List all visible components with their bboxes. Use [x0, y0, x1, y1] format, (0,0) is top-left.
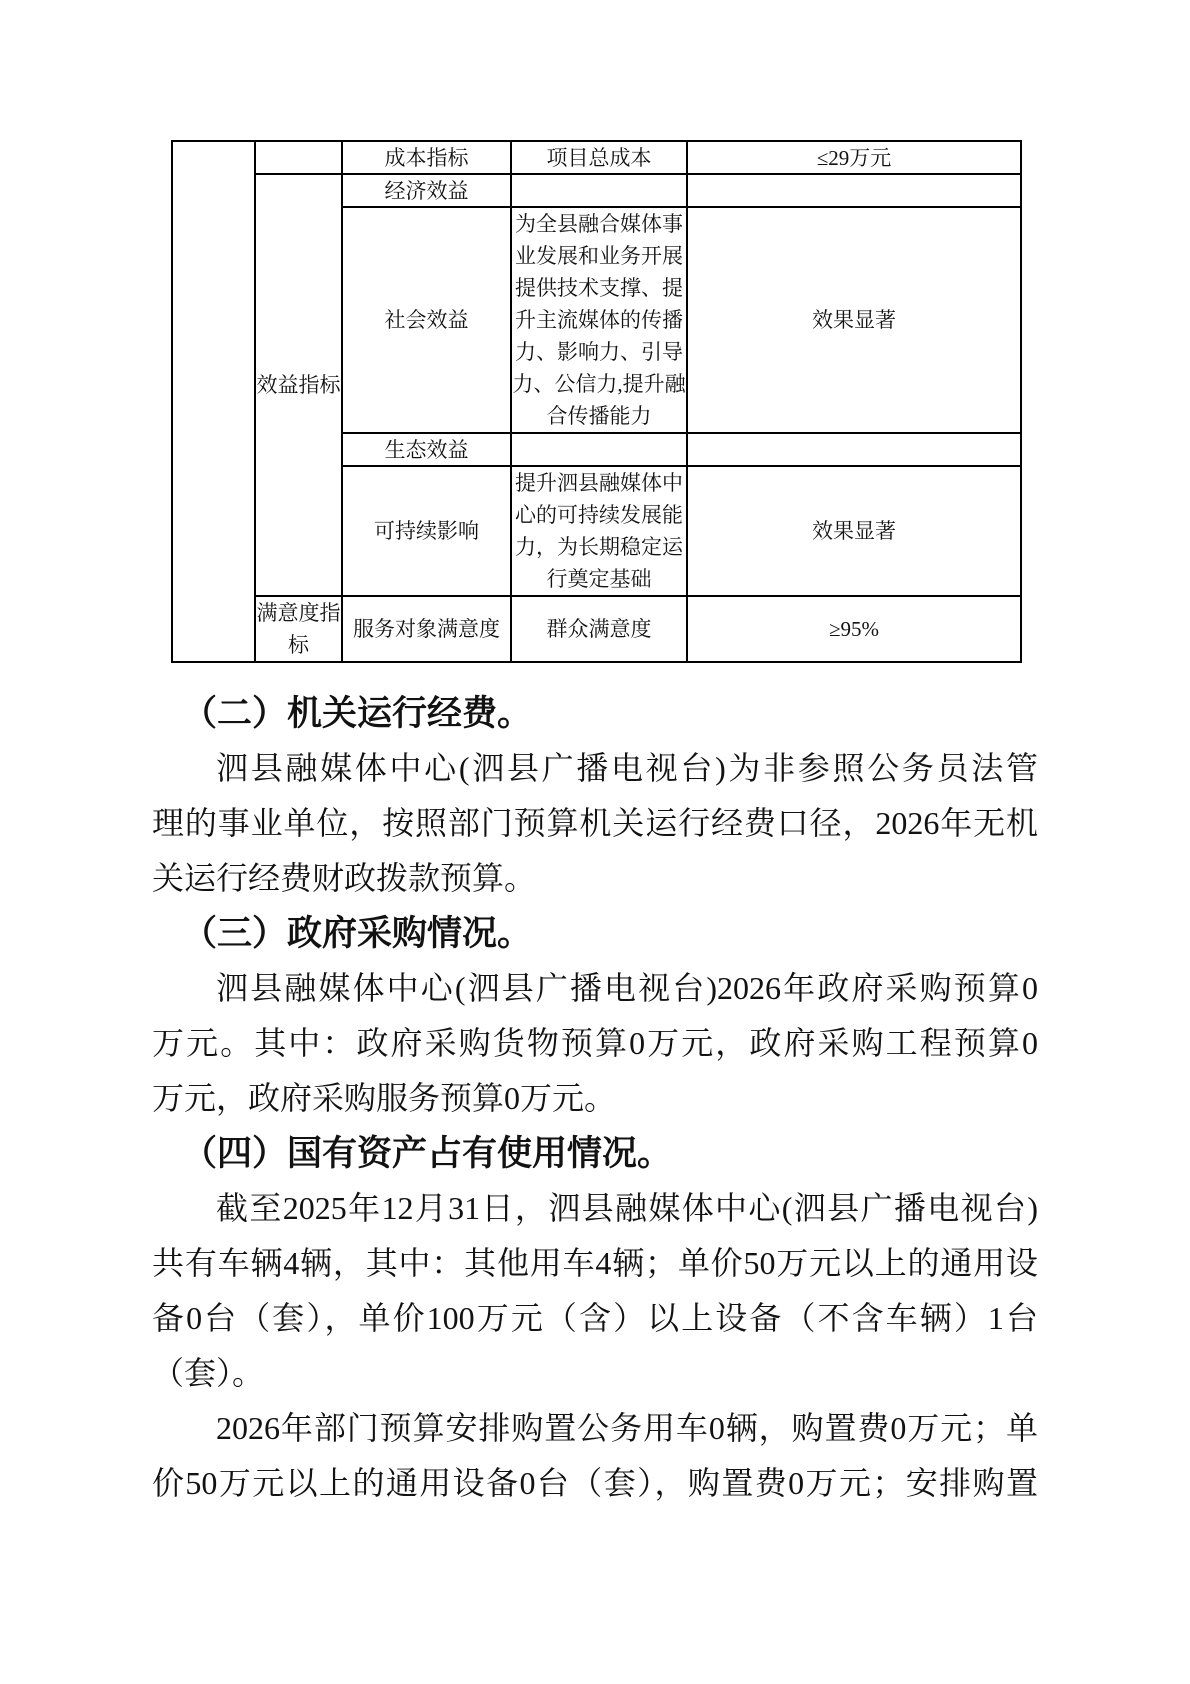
section-heading-government-procurement: （三）政府采购情况。 [152, 906, 1038, 961]
benefit-group-cell: 效益指标 [255, 174, 342, 596]
paragraph-government-procurement: 泗县融媒体中心(泗县广播电视台)2026年政府采购预算0 万元。其中：政府采购货… [152, 961, 1038, 1126]
section-heading-agency-operating-funds: （二）机关运行经费。 [152, 686, 1038, 741]
economic-benefit-detail-cell [511, 174, 687, 207]
paragraph-state-assets-status: 截至2025年12月31日，泗县融媒体中心(泗县广播电视台) 共有车辆4辆，其中… [152, 1181, 1038, 1401]
paragraph-state-assets-budget: 2026年部门预算安排购置公务用车0辆，购置费0万元；单 价50万元以上的通用设… [152, 1401, 1038, 1511]
ecological-benefit-detail-cell [511, 433, 687, 466]
text-line: 关运行经费财政拨款预算。 [152, 851, 1038, 906]
text-line: 2026年部门预算安排购置公务用车0辆，购置费0万元；单 [152, 1401, 1038, 1456]
text-line: 万元。其中：政府采购货物预算0万元，政府采购工程预算0 [152, 1016, 1038, 1071]
ecological-benefit-target-cell [687, 433, 1021, 466]
social-benefit-detail-cell: 为全县融合媒体事业发展和业务开展提供技术支撑、提升主流媒体的传播力、影响力、引导… [511, 207, 687, 433]
cost-indicator-name-cell: 成本指标 [342, 141, 511, 174]
social-benefit-target-cell: 效果显著 [687, 207, 1021, 433]
text-line: 价50万元以上的通用设备0台（套），购置费0万元；安排购置 [152, 1456, 1038, 1511]
economic-benefit-name-cell: 经济效益 [342, 174, 511, 207]
table-left-spacer-cell [172, 141, 255, 662]
sustainable-impact-name-cell: 可持续影响 [342, 466, 511, 596]
social-benefit-name-cell: 社会效益 [342, 207, 511, 433]
text-line: 备0台（套），单价100万元（含）以上设备（不含车辆）1台 [152, 1291, 1038, 1346]
text-line: 泗县融媒体中心(泗县广播电视台)2026年政府采购预算0 [152, 961, 1038, 1016]
satisfaction-target-cell: ≥95% [687, 596, 1021, 662]
economic-benefit-target-cell [687, 174, 1021, 207]
paragraph-agency-operating-funds: 泗县融媒体中心(泗县广播电视台)为非参照公务员法管 理的事业单位，按照部门预算机… [152, 741, 1038, 906]
text-line: 万元，政府采购服务预算0万元。 [152, 1071, 1038, 1126]
text-line: 泗县融媒体中心(泗县广播电视台)为非参照公务员法管 [152, 741, 1038, 796]
performance-indicator-table: 成本指标 项目总成本 ≤29万元 效益指标 经济效益 社会效益 为全县融合媒体事… [171, 140, 1022, 663]
cost-indicator-target-cell: ≤29万元 [687, 141, 1021, 174]
text-line: （套）。 [152, 1346, 1038, 1401]
text-line: 理的事业单位，按照部门预算机关运行经费口径，2026年无机 [152, 796, 1038, 851]
text-line: 截至2025年12月31日，泗县融媒体中心(泗县广播电视台) [152, 1181, 1038, 1236]
group-empty-cell [255, 141, 342, 174]
ecological-benefit-name-cell: 生态效益 [342, 433, 511, 466]
section-heading-state-assets: （四）国有资产占有使用情况。 [152, 1126, 1038, 1181]
satisfaction-detail-cell: 群众满意度 [511, 596, 687, 662]
body-content: （二）机关运行经费。 泗县融媒体中心(泗县广播电视台)为非参照公务员法管 理的事… [152, 686, 1038, 1511]
cost-indicator-detail-cell: 项目总成本 [511, 141, 687, 174]
document-page: 成本指标 项目总成本 ≤29万元 效益指标 经济效益 社会效益 为全县融合媒体事… [0, 0, 1190, 1684]
satisfaction-name-cell: 服务对象满意度 [342, 596, 511, 662]
text-line: 共有车辆4辆，其中：其他用车4辆；单价50万元以上的通用设 [152, 1236, 1038, 1291]
sustainable-impact-target-cell: 效果显著 [687, 466, 1021, 596]
satisfaction-group-cell: 满意度指标 [255, 596, 342, 662]
sustainable-impact-detail-cell: 提升泗县融媒体中心的可持续发展能力，为长期稳定运行奠定基础 [511, 466, 687, 596]
